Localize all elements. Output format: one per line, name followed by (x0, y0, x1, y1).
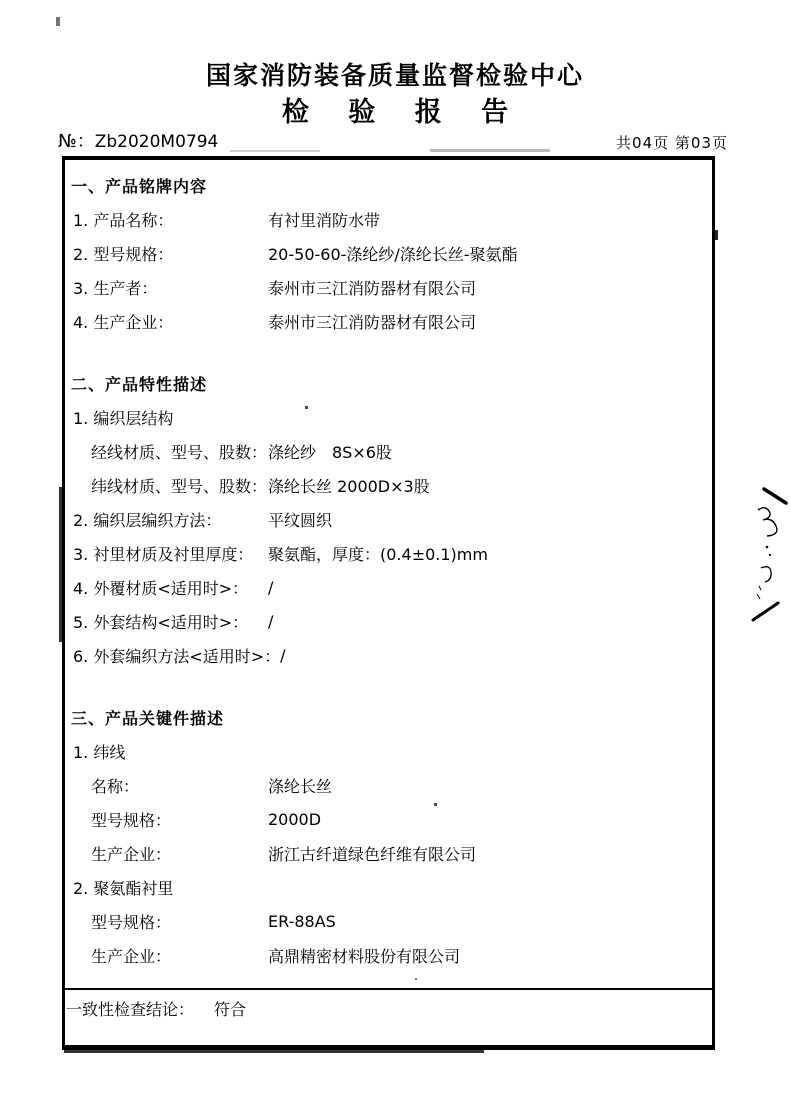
field-value: / (268, 612, 273, 631)
field-value: / (280, 646, 285, 665)
report-number: №：Zb2020M0794 (58, 127, 218, 153)
field-label: 2. 型号规格： (73, 242, 268, 265)
field-label: 名称： (73, 774, 268, 797)
warp-material-row: 经线材质、型号、股数： 涤纶纱 8S×6股 (71, 434, 708, 468)
scan-noise (434, 803, 437, 806)
lining-material-row: 3. 衬里材质及衬里厚度： 聚氨酯，厚度：(0.4±0.1)mm (71, 536, 708, 570)
scan-noise (713, 230, 718, 240)
field-value: 浙江古纤道绿色纤维有限公司 (268, 842, 476, 865)
field-value: 高鼎精密材料股份有限公司 (268, 944, 460, 967)
weft-model-row: 型号规格： 2000D (71, 802, 708, 836)
field-label: 2. 编织层编织方法： (73, 508, 268, 531)
conformity-label: 一致性检查结论： (66, 997, 214, 1020)
braid-method-row: 2. 编织层编织方法： 平纹圆织 (71, 502, 708, 536)
field-label: 1. 纬线 (73, 740, 268, 763)
model-spec-row: 2. 型号规格： 20-50-60-涤纶纱/涤纶长丝-聚氨酯 (71, 236, 708, 270)
field-label: 1. 编织层结构 (73, 406, 268, 429)
scan-noise (64, 1050, 484, 1053)
scan-noise (430, 149, 550, 152)
page-indicator: 共04页 第03页 (616, 132, 728, 153)
report-number-value: Zb2020M0794 (95, 132, 219, 152)
field-label: 生产企业： (73, 944, 268, 967)
section-2-heading: 二、产品特性描述 (71, 366, 708, 400)
pu-lining-row: 2. 聚氨酯衬里 (71, 870, 708, 904)
field-value: 2000D (268, 810, 321, 829)
field-value: ER-88AS (268, 912, 336, 931)
weft-name-row: 名称： 涤纶长丝 (71, 768, 708, 802)
scan-noise (59, 487, 62, 642)
field-label: 经线材质、型号、股数： (73, 440, 268, 463)
producer-row: 3. 生产者： 泰州市三江消防器材有限公司 (71, 270, 708, 304)
section-gap (71, 338, 708, 366)
scanned-report-page: 国家消防装备质量监督检验中心 检 验 报 告 №：Zb2020M0794 共04… (0, 0, 790, 1117)
conformity-row: 一致性检查结论： 符合 (66, 990, 712, 1026)
field-value: 涤纶长丝 (268, 774, 332, 797)
weft-key-part-row: 1. 纬线 (71, 734, 708, 768)
report-body-table: 一、产品铭牌内容 1. 产品名称： 有衬里消防水带 2. 型号规格： 20-50… (62, 156, 715, 1050)
section-3-heading: 三、产品关键件描述 (71, 700, 708, 734)
braid-structure-row: 1. 编织层结构 (71, 400, 708, 434)
field-value: / (268, 578, 273, 597)
field-value: 平纹圆织 (268, 508, 332, 531)
jacket-braid-method-row: 6. 外套编织方法<适用时>： / (71, 638, 708, 672)
weft-manufacturer-row: 生产企业： 浙江古纤道绿色纤维有限公司 (71, 836, 708, 870)
field-value: 聚氨酯，厚度：(0.4±0.1)mm (268, 542, 488, 565)
field-label: 2. 聚氨酯衬里 (73, 876, 268, 899)
manufacturer-row: 4. 生产企业： 泰州市三江消防器材有限公司 (71, 304, 708, 338)
field-value: 泰州市三江消防器材有限公司 (268, 310, 476, 333)
field-label: 型号规格： (73, 910, 268, 933)
field-label: 3. 生产者： (73, 276, 268, 299)
field-value: 涤纶纱 8S×6股 (268, 440, 392, 463)
jacket-structure-row: 5. 外套结构<适用时>： / (71, 604, 708, 638)
section-gap (71, 672, 708, 700)
pu-model-row: 型号规格： ER-88AS (71, 904, 708, 938)
cover-material-row: 4. 外覆材质<适用时>： / (71, 570, 708, 604)
field-label: 型号规格： (73, 808, 268, 831)
field-label: 6. 外套编织方法<适用时>： (73, 644, 280, 667)
scan-noise (230, 150, 320, 152)
section-1-heading: 一、产品铭牌内容 (71, 168, 708, 202)
field-value: 有衬里消防水带 (268, 208, 380, 231)
scan-noise (305, 406, 308, 409)
pu-manufacturer-row: 生产企业： 高鼎精密材料股份有限公司 (71, 938, 708, 972)
scan-noise (415, 978, 417, 980)
field-label: 3. 衬里材质及衬里厚度： (73, 542, 268, 565)
report-meta-row: №：Zb2020M0794 共04页 第03页 (58, 127, 728, 153)
field-value: 泰州市三江消防器材有限公司 (268, 276, 476, 299)
product-name-row: 1. 产品名称： 有衬里消防水带 (71, 202, 708, 236)
handwritten-margin-marks-icon (750, 486, 790, 628)
weft-material-row: 纬线材质、型号、股数： 涤纶长丝 2000D×3股 (71, 468, 708, 502)
report-number-label: №： (58, 131, 95, 152)
field-label: 4. 生产企业： (73, 310, 268, 333)
scan-noise (56, 17, 60, 26)
conformity-value: 符合 (214, 997, 246, 1020)
field-label: 生产企业： (73, 842, 268, 865)
report-title: 检 验 报 告 (0, 90, 790, 129)
org-title: 国家消防装备质量监督检验中心 (0, 56, 790, 92)
field-label: 5. 外套结构<适用时>： (73, 610, 268, 633)
field-value: 涤纶长丝 2000D×3股 (268, 474, 430, 497)
field-label: 4. 外覆材质<适用时>： (73, 576, 268, 599)
field-label: 1. 产品名称： (73, 208, 268, 231)
field-label: 纬线材质、型号、股数： (73, 474, 268, 497)
field-value: 20-50-60-涤纶纱/涤纶长丝-聚氨酯 (268, 242, 518, 265)
